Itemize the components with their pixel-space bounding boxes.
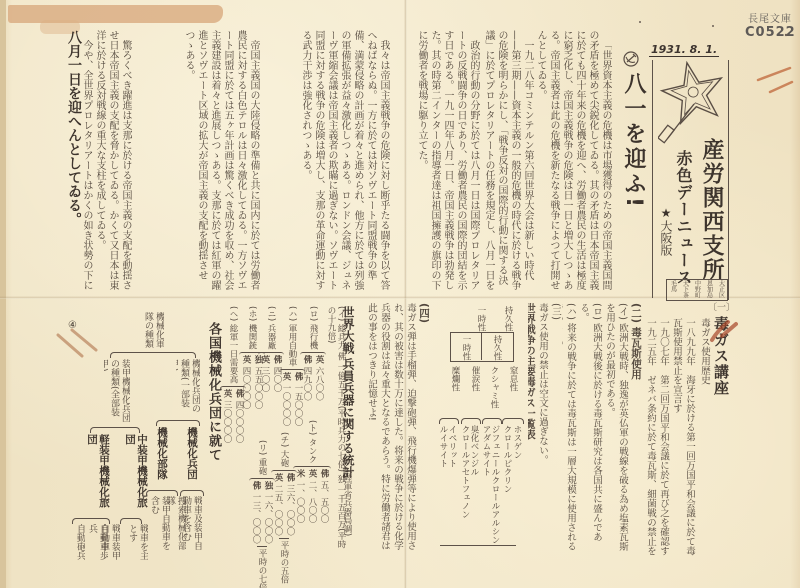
gas-table-intro-text: 毒ガス使用の禁止は空文に過ぎない。 [536,303,549,558]
value: 五、五〇〇 [319,481,329,524]
masthead-org: 産労関西支所 [696,138,727,282]
stat-label: (ヘ) 総軍一日需要高 [228,306,238,383]
chart-box-divider [481,332,482,360]
tree-bracket [110,352,196,358]
stat-values: 独一六、〇〇〇 佛一三、〇〇〇 [249,478,275,544]
stat-pair: 英六八〇〇 [313,355,325,401]
chart-category: 糜爛性 [450,366,460,392]
stat-pair: 佛五、五〇〇 [318,469,330,523]
gas-use-item: (ハ) 将来の戦争に於ては毒瓦斯は一層大規模に使用されるであらう。 [562,303,577,558]
country: 佛 [319,469,329,481]
gas-name: ルイサイト [438,425,448,545]
chart-category: 窒息性 [508,366,518,392]
article-block-d: 帝国主義国の大陸侵略の準備と共に国内に於ては労働者農民に対する白色テロルは日々激… [134,30,260,296]
section-number: (二) [630,303,642,323]
tree-leaf: 装甲自動車を含む [148,496,170,556]
stat-pair: 独五五〇〇〇 [252,355,264,409]
section-number: (四) [417,303,430,558]
country: 独 [263,481,273,493]
country: 佛 [285,473,295,485]
tree-leaf: 自動砲兵 [74,524,85,564]
country: 独 [253,355,263,367]
masthead-title: 赤色デーニュース [672,150,695,286]
article-block-c: 我々は帝国主義戦争の危険に対し断乎たる闘争を以て答へねばならぬ。一方に於ては対ソ… [264,30,390,296]
country: 英 [307,469,317,481]
value: 一六、〇〇〇 [263,492,273,543]
article-block-b: 政治的行動の分野に於ては八月一日は国際プロレタリアートの反戦闘争の日であり、労働… [396,30,480,296]
gas-lecture-subtitle: 毒ガス使用歴史 [697,318,711,385]
gas-history-list: 一八九九年 海牙に於ける第一回万国平和会議に於て毒瓦斯使用禁止を宣言す 一九〇七… [644,318,696,558]
stat-label: (ト) タンク [307,420,317,463]
gas-name: クロールアセトフェノン [460,425,470,545]
tree-leaf: 自動車歩兵 [86,524,108,564]
archive-label: 長尾文庫 [745,10,795,25]
chart-top-label: 持久性 [503,306,513,332]
country: 佛 [272,355,282,367]
stat-note: 平時の七倍 [257,546,267,588]
masthead-address-box: 大正区 恩加島 中野町 天下茶 毛馬 [666,279,728,301]
chart-category: クシャミ性 [489,366,499,409]
tree-root: 機械化軍隊の種類 [140,312,164,350]
chart-type-box [450,332,514,362]
gas-note-text: 毒ガス弾は手榴弾、迫撃砲弾、飛行機爆弾等により使用され、其の被害は数十万に達した… [365,303,417,558]
value: 五五〇〇〇 [253,367,263,410]
chart-bracket [502,418,524,424]
masthead-left-rule [652,60,653,298]
country: 佛 [251,481,261,493]
article-paragraph: 驚ろくべき躍進は支那に於ける帝国主義の支配を動揺させ日本帝国主義の支配を脅かして… [93,30,132,296]
tree-node: 機械化部隊 [156,427,168,487]
masthead-edition: ★大阪版 [658,206,675,256]
stat-pair: 佛一三、〇〇〇 [250,481,262,544]
tree-node: 機械化兵団 [186,427,198,487]
article-closing-emphasis: 八月一日を迎へんとしてゐる。 [67,30,80,296]
headline: 八一を迎ふ! [618,72,649,210]
gas-name: アダムサイト [481,425,491,545]
stat-label: (イ) 総兵力 [336,306,346,349]
issue-date: 1931. 8. 1. [649,43,719,57]
article-paragraph: 「世界資本主義の危機は市場獲得のための帝国主義国間の矛盾を極めて尖鋭化してゐる。… [534,30,612,296]
article-paragraph: 政治的行動の分野に於ては八月一日は国際プロレタリアートの反戦闘争の日であり、労働… [415,30,480,296]
stat-note: 平時の五倍 [279,538,289,584]
stat-pair: 佛一五〇〇〇 [292,372,304,426]
chart-bracket [482,418,502,424]
tree-node: 機械化兵団の種類(一部装甲) [176,359,200,417]
chart-baseline [440,545,516,546]
stat-label: (チ) 大砲 [279,432,289,467]
gas-use-item: (イ) 欧洲大戦時、独逸が英仏軍の戦線を破る為め塩素瓦斯を用ひたのが最初である。 [603,303,629,558]
chart-bracket [439,418,459,424]
history-entry: 一九二五年 ゼネバ条約に於て毒瓦斯、細菌戦の禁止を約したが英、米、伊、日本は署名… [644,318,657,558]
value: 一三、〇〇〇 [251,492,261,543]
stat-pair: 独一六、〇〇〇 [262,481,274,544]
stat-label: (リ) 重砲 [257,440,267,475]
stat-item: (ヘ) 総軍一日需要高 佛四〇〇〇〇 英三〇〇〇〇 [220,306,246,443]
gas-use-item: (ロ) 欧洲大戦後に於ける毒瓦斯研究は各国共に盛んである。 [577,303,603,558]
gas-table-intro: (三) 毒ガス使用の禁止は空文に過ぎない。 世界戦争の主要毒ガス一覧表 [528,303,562,558]
chart-top-label: 一時性 [476,306,486,332]
stat-label: (ロ) 飛行機 [308,306,318,349]
chart-category: 催涙性 [470,366,480,392]
stat-pair: 英二、八〇〇 [306,469,318,523]
stat-item: (リ) 重砲 独一六、〇〇〇 佛一三、〇〇〇 平時の七倍 [249,440,275,588]
gas-name: クロールピクリン [502,425,512,545]
archive-code: C0522 [745,25,795,40]
document-page: 長尾文庫 C0522 1931. 8. 1. 八一を迎ふ! 産労関西支所 赤色デ… [0,0,800,588]
red-star-emblem-icon [658,56,730,146]
stat-pair: 佛三六、〇〇〇 [284,473,296,536]
article-paragraph: 帝国主義国の大陸侵略の準備と共に国内に於ては労働者農民に対する白色テロルは日々激… [182,30,260,296]
address-line: 天下茶 [682,280,689,300]
tree-bracket [90,427,140,433]
value: 四〇〇〇〇 [234,401,244,444]
stat-values: 佛五、五〇〇 英二、八〇〇 米一、〇〇〇 [293,466,331,523]
hammer-sickle-icon [621,50,641,68]
address-line: 大正区 [718,280,725,300]
tree-bracket [156,420,200,426]
history-entry: 一八九九年 海牙に於ける第一回万国平和会議に於て毒瓦斯使用禁止を宣言す [670,318,696,558]
tree-leaf: 戦車を主とす [126,524,148,564]
stat-item: (ト) タンク 佛五、五〇〇 英二、八〇〇 米一、〇〇〇 [293,420,331,523]
tree-node: 中装甲機械化旅団 [124,434,148,514]
water-stain [8,5,223,23]
gas-name: 臭化ベンジル [469,425,479,545]
gas-lecture-title: 毒ガス講座 [711,316,732,396]
stat-label: (ハ) 軍用自動車 [287,306,297,366]
stat-label: (ホ) 機関銃 [247,306,257,349]
section-number: 〔一〕 [708,300,735,313]
country: 佛 [234,389,244,401]
chart-box-cell: 一時性 [461,335,471,361]
article-block-a: 「世界資本主義の危機は市場獲得のための帝国主義国間の矛盾を極めて尖鋭化してゐる。… [484,30,612,296]
tree-node: 軽装甲機械化旅団 [86,434,110,514]
mechanized-title: 各国機械化兵団に就て [204,322,223,462]
archive-stamp: 長尾文庫 C0522 [745,10,795,40]
gas-note-section: (四) 毒ガス弾は手榴弾、迫撃砲弾、飛行機爆弾等により使用され、其の被害は数十万… [356,303,430,558]
value: 三六、〇〇〇 [285,484,295,535]
value: 三〇〇〇〇 [222,401,232,444]
stat-label: (ニ) 兵器廠 [266,306,276,349]
tree-node: 装甲機械化兵団の種類(全部装甲) [104,359,130,425]
section-number: (三) [549,303,562,558]
gas-name: イペリット [447,425,457,545]
page-mark: ④ [68,320,77,331]
section-heading: (二) 毒瓦斯使用 [629,303,642,558]
gas-chart-title: 世界戦争の主要毒ガス一覧表 [528,303,536,558]
gas-name: ジフェニールクロールアルシン [490,425,500,545]
stat-pair: 佛四〇〇〇〇 [233,389,245,443]
chart-bracket [461,418,481,424]
country: 英 [222,389,232,401]
article-paragraph: 一九二八年コミンテルン第六回世界大会は新しい時代——第三期——資本主義の一般的危… [484,30,534,296]
country: 佛 [293,372,303,384]
country: 英 [314,355,324,367]
gas-name: ホスゲン [512,425,522,545]
address-line: 恩加島 [706,280,713,300]
address-line: 毛馬 [670,280,677,300]
address-line: 中野町 [694,280,701,300]
stat-pair: 佛四〇〇 [271,355,283,392]
paper-edge [0,0,6,588]
section-title: 毒瓦斯使用 [630,327,642,380]
value: 二、八〇〇 [307,481,317,524]
history-entry: 一九〇七年 第二回万国平和会議に於て再び之を確認す [657,318,670,558]
stat-values: 佛四〇〇〇〇 英三〇〇〇〇 [220,386,246,443]
article-block-e: 驚ろくべき躍進は支那に於ける帝国主義の支配を動揺させ日本帝国主義の支配を脅かして… [48,30,132,296]
value: 六八〇〇 [314,367,324,401]
gas-use-section: (二) 毒瓦斯使用 (イ) 欧洲大戦時、独逸が英仏軍の戦線を破る為め塩素瓦斯を用… [562,303,642,558]
article-paragraph: 我々は帝国主義戦争の危険に対し断乎たる闘争を以て答へねばならぬ。一方に於ては対ソ… [299,30,390,296]
chart-box-cell: 持久性 [492,335,502,361]
value: 四〇〇 [272,367,282,393]
